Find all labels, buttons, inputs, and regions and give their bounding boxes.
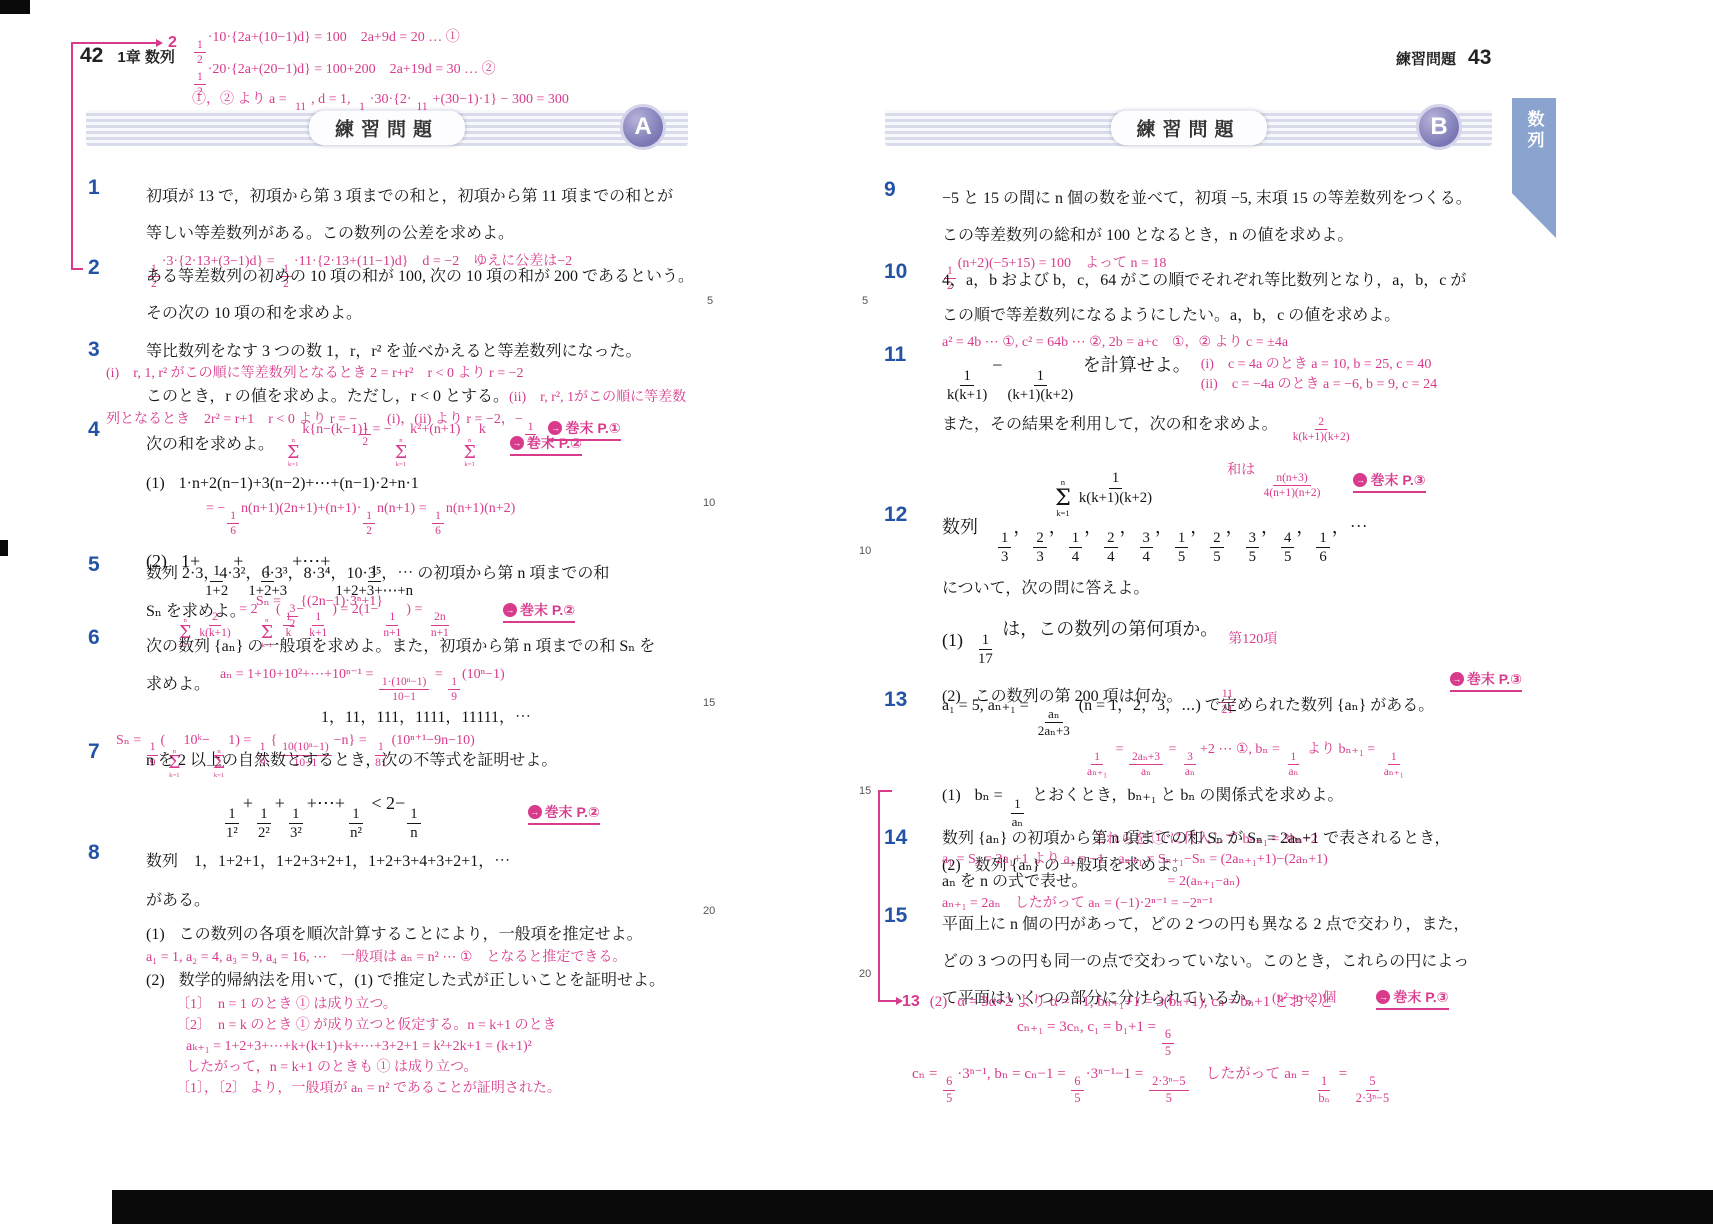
handwritten-note: a₁ = S₁ = 2a₁+1 より a₁ = −1 aₙ₊₁ = Sₙ₊₁−S… [942,850,1504,870]
problem-text: 初項が 13 で，初項から第 3 項までの和と，初項から第 11 項までの和とが [146,178,708,215]
pink-connector-vertical-right [878,790,880,1002]
pink-connector-horizontal-top [71,42,156,44]
formula-display: 1k(k+1)−1(k+1)(k+2) を計算せよ。 [942,345,1191,405]
arrow-circle-icon: → [1353,473,1367,487]
kanmatsu-ref-link[interactable]: →巻末 P.② [510,433,582,456]
problem-text: 等比数列をなす 3 つの数 1，r，r² を並べかえると等差数列になった。 [146,340,708,364]
problem-2: 2 ある等差数列の初めの 10 項の和が 100, 次の 10 項の和が 200… [88,258,708,332]
arrow-circle-icon: → [510,436,524,450]
problem-text: 次の和を求めよ。 [146,430,274,460]
kanmatsu-ref-link[interactable]: →巻末 P.② [528,802,600,825]
problem-number: 6 [88,626,100,650]
section-badge-a: A [620,104,666,150]
side-tab-label: 数列 [1522,110,1547,152]
problem-number: 7 [88,740,100,764]
handwritten-note: 1aₙ₊₁ = 2aₙ+3aₙ = 3aₙ+2 ⋯ ①, bₙ = 1aₙ より… [1082,740,1504,780]
problem-text: その次の 10 項の和を求めよ。 [146,295,708,332]
arrow-circle-icon: → [503,603,517,617]
problem-number: 8 [88,841,100,865]
problem-number: 15 [884,904,907,928]
handwritten-note: Sₙ = 32{(2n−1)·3ⁿ+1} [256,592,383,632]
problem-number: 14 [884,826,907,850]
handwritten-note: = 2(aₙ₊₁−aₙ) [1168,872,1240,892]
problem-item: (1)この数列の各項を順次計算することにより，一般項を推定せよ。 [146,922,708,948]
problem-item: (1)1·n+2(n−1)+3(n−2)+⋯+(n−1)·2+n·1 [146,469,708,499]
chapter-side-tab: 数列 [1512,98,1556,238]
problem-item: (1)bₙ = 1aₙ とおくとき，bₙ₊₁ と bₙ の関係式を求めよ。 [942,779,1504,830]
arrow-circle-icon: → [1450,672,1464,686]
problem-11: 11 1k(k+1)−1(k+1)(k+2) を計算せよ。 (i) c = 4a… [884,345,1504,518]
pink-connector-tick-bottom [71,268,83,270]
section-banner-left: 練習問題 A [86,110,688,146]
handwritten-note: α = 3α+2 より α = −1, bₙ₊₁+1 = 3(bₙ+1), cₙ… [957,992,1334,1012]
bottom-black-bar [112,1190,1713,1224]
page-right-header: 練習問題43 [1396,46,1491,70]
kanmatsu-ref-link[interactable]: →巻末 P.③ [1450,669,1522,692]
problem-number: 3 [88,338,100,362]
problem-number: 12 [884,503,907,527]
handwritten-note: (ii) r, r², 1がこの順に等差数 [509,390,686,405]
problem-text: 等しい等差数列がある。この数列の公差を求めよ。 [146,215,708,252]
line-number-20: 20 [859,968,871,980]
handwritten-note: a₁ = 1, a₂ = 4, a₃ = 9, a₄ = 16, ⋯ 一般項は … [146,948,708,968]
problem-text: また，その結果を利用して，次の和を求めよ。 [942,408,1278,442]
problem-number: 1 [88,176,100,200]
handwritten-note: (i) r, 1, r² がこの順に等差数列となるとき 2 = r+r² r <… [106,364,708,384]
sequence-display: 数列 13，23，14，24，34，15，25，35，45，16，⋯ [942,505,1504,567]
section-title: 練習問題 [309,111,465,146]
handwritten-note: (i) c = 4a のとき a = 10, b = 25, c = 40 [1201,355,1437,375]
problem-text: 4，a，b および b，c，64 がこの順でそれぞれ等比数列となり，a，b，c … [942,262,1504,299]
handwritten-note: aₖ₊₁ = 1+2+3+⋯+k+(k+1)+k+⋯+3+2+1 = k²+2k… [186,1036,708,1057]
section-badge-b: B [1416,104,1462,150]
kanmatsu-ref-link[interactable]: →巻末 P.② [503,600,575,623]
top-note-marker: 2 [168,34,177,52]
problem-text: 求めよ。 [146,670,210,700]
sequence-display: 1，11，111，1111，11111，⋯ [146,705,706,731]
bottom-note-item-label: (2) [930,992,948,1012]
line-number-5: 5 [862,295,868,307]
problem-10: 10 4，a，b および b，c，64 がこの順でそれぞれ等比数列となり，a，b… [884,262,1504,353]
problem-number: 5 [88,553,100,577]
problem-number: 13 [884,688,907,712]
arrow-circle-icon: → [528,805,542,819]
page-number-left: 42 [80,44,103,67]
problem-number: 4 [88,418,100,442]
section-banner-right: 練習問題 B [885,110,1492,146]
handwritten-note: cₙ₊₁ = 3cₙ, c₁ = b₁+1 = 65 [1017,1012,1542,1059]
section-title: 練習問題 [1110,111,1266,146]
handwritten-note: (ii) c = −4a のとき a = −6, b = 9, c = 24 [1201,375,1437,395]
problem-text: 数列 2·3，4·3²，6·3³，8·3⁴，10·3⁵，⋯ の初項から第 n 項… [146,555,708,592]
problem-number: 9 [884,178,896,202]
bottom-note-13-2: 13 (2) α = 3α+2 より α = −1, bₙ₊₁+1 = 3(bₙ… [902,992,1542,1106]
problem-item: (1) [942,619,963,661]
page-left: 421章 数列 2 12·10·{2a+(10−1)d} = 100 2a+9d… [0,0,856,1190]
problem-text: ある等差数列の初めの 10 項の和が 100, 次の 10 項の和が 200 で… [146,258,708,295]
problem-item: (2)数学的帰納法を用いて，(1) で推定した式が正しいことを証明せよ。 [146,968,708,994]
chapter-label: 1章 数列 [117,49,175,66]
handwritten-note-group: (i) c = 4a のとき a = 10, b = 25, c = 40 (i… [1201,355,1437,395]
problem-text: a₁ = 5, aₙ₊₁ = aₙ2aₙ+3 (n = 1，2，3，⋯) で定め… [942,690,1504,740]
handwritten-note: cₙ = 65·3ⁿ⁻¹, bₙ = cₙ−1 = 65·3ⁿ⁻¹−1 = 2·… [912,1059,1542,1106]
handwritten-note: aₙ = 1+10+10²+⋯+10ⁿ⁻¹ = 1·(10ⁿ−1)10−1 = … [220,665,505,705]
kanmatsu-ref-link[interactable]: →巻末 P.③ [1353,470,1425,493]
problem-12: 12 数列 13，23，14，24，34，15，25，35，45，16，⋯ につ… [884,505,1504,717]
problem-text: この等差数列の総和が 100 となるとき，n の値を求めよ。 [942,217,1504,254]
handwritten-note: 和は n(n+3)4(n+1)(n+2) [1227,461,1325,501]
problem-text: 次の数列 {aₙ} の一般項を求めよ。また，初項から第 n 項までの和 Sₙ を [146,628,708,665]
problem-number: 2 [88,256,100,280]
problem-text: aₙ を n の式で表せ。 [942,870,1088,894]
problem-text: −5 と 15 の間に n 個の数を並べて，初項 −5, 末項 15 の等差数列… [942,180,1504,217]
problem-text: について，次の問に答えよ。 [942,567,1504,611]
handwritten-note: = −16n(n+1)(2n+1)+(n+1)·12n(n+1) = 16n(n… [206,499,708,539]
problem-text: n を 2 以上の自然数とするとき，次の不等式を証明せよ。 [146,742,708,779]
problem-7: 7 n を 2 以上の自然数とするとき，次の不等式を証明せよ。 11²+12²+… [88,742,708,843]
problem-text: 平面上に n 個の円があって，どの 2 つの円も異なる 2 点で交わり，また， [942,906,1504,943]
problem-text: このとき，r の値を求めよ。ただし，r < 0 とする。(ii) r, r², … [146,384,708,410]
problem-8: 8 数列 1，1+2+1，1+2+3+2+1，1+2+3+4+3+2+1，⋯ が… [88,843,708,1099]
line-number-15: 15 [859,785,871,797]
problem-text: Sₙ を求めよ。 [146,593,246,630]
page-number-right: 43 [1468,46,1491,69]
problem-text: どの 3 つの円も同一の点で交わっていない。このとき，これらの円によっ [942,943,1504,980]
formula-display: 11²+12²+13²+⋯+1n² < 2−1n [221,785,423,843]
bottom-note-marker: 13 [902,993,920,1011]
problem-text: 数列 {aₙ} の初項から第 n 項までの和 Sₙ が Sₙ = 2aₙ+1 で… [942,828,1504,850]
handwritten-note: 〔1〕 n = 1 のとき ① は成り立つ。 [176,994,708,1015]
problem-text: 数列 1，1+2+1，1+2+3+2+1，1+2+3+4+3+2+1，⋯ [146,843,708,880]
handwritten-note: 〔1〕，〔2〕 より，一般項が aₙ = n² であることが証明された。 [176,1078,708,1099]
handwritten-note: 〔2〕 n = k のとき ① が成り立つと仮定する。n = k+1 のとき [176,1015,708,1036]
handwritten-note: nΣk=1k{n−(k−1)} = −nΣk=1k²+(n+1)nΣk=1k [284,420,486,469]
line-number-10: 10 [859,545,871,557]
problem-text: この順で等差数列になるようにしたい。a，b，c の値を求めよ。 [942,299,1504,333]
handwritten-note: 2k(k+1)(k+2) [1288,405,1355,445]
handwritten-note: したがって，n = k+1 のときも ① は成り立つ。 [186,1057,708,1078]
pink-connector-arrowhead [156,39,163,47]
problem-number: 11 [884,343,906,367]
problem-14: 14 数列 {aₙ} の初項から第 n 項までの和 Sₙ が Sₙ = 2aₙ+… [884,828,1504,914]
handwritten-note: 第120項 [1228,630,1277,650]
problem-text: がある。 [146,880,708,922]
problem-5: 5 数列 2·3，4·3²，6·3³，8·3⁴，10·3⁵，⋯ の初項から第 n… [88,555,708,632]
problem-item-text: 117 は，この数列の第何項か。 [973,611,1218,669]
pink-connector-vertical-left [71,42,73,270]
page-right: 練習問題43 数列 練習問題 B 5 10 15 20 9 −5 と 15 の間… [856,0,1713,1190]
header-label: 練習問題 [1396,51,1456,68]
problem-number: 10 [884,260,907,284]
page-left-header: 421章 数列 [80,44,175,68]
